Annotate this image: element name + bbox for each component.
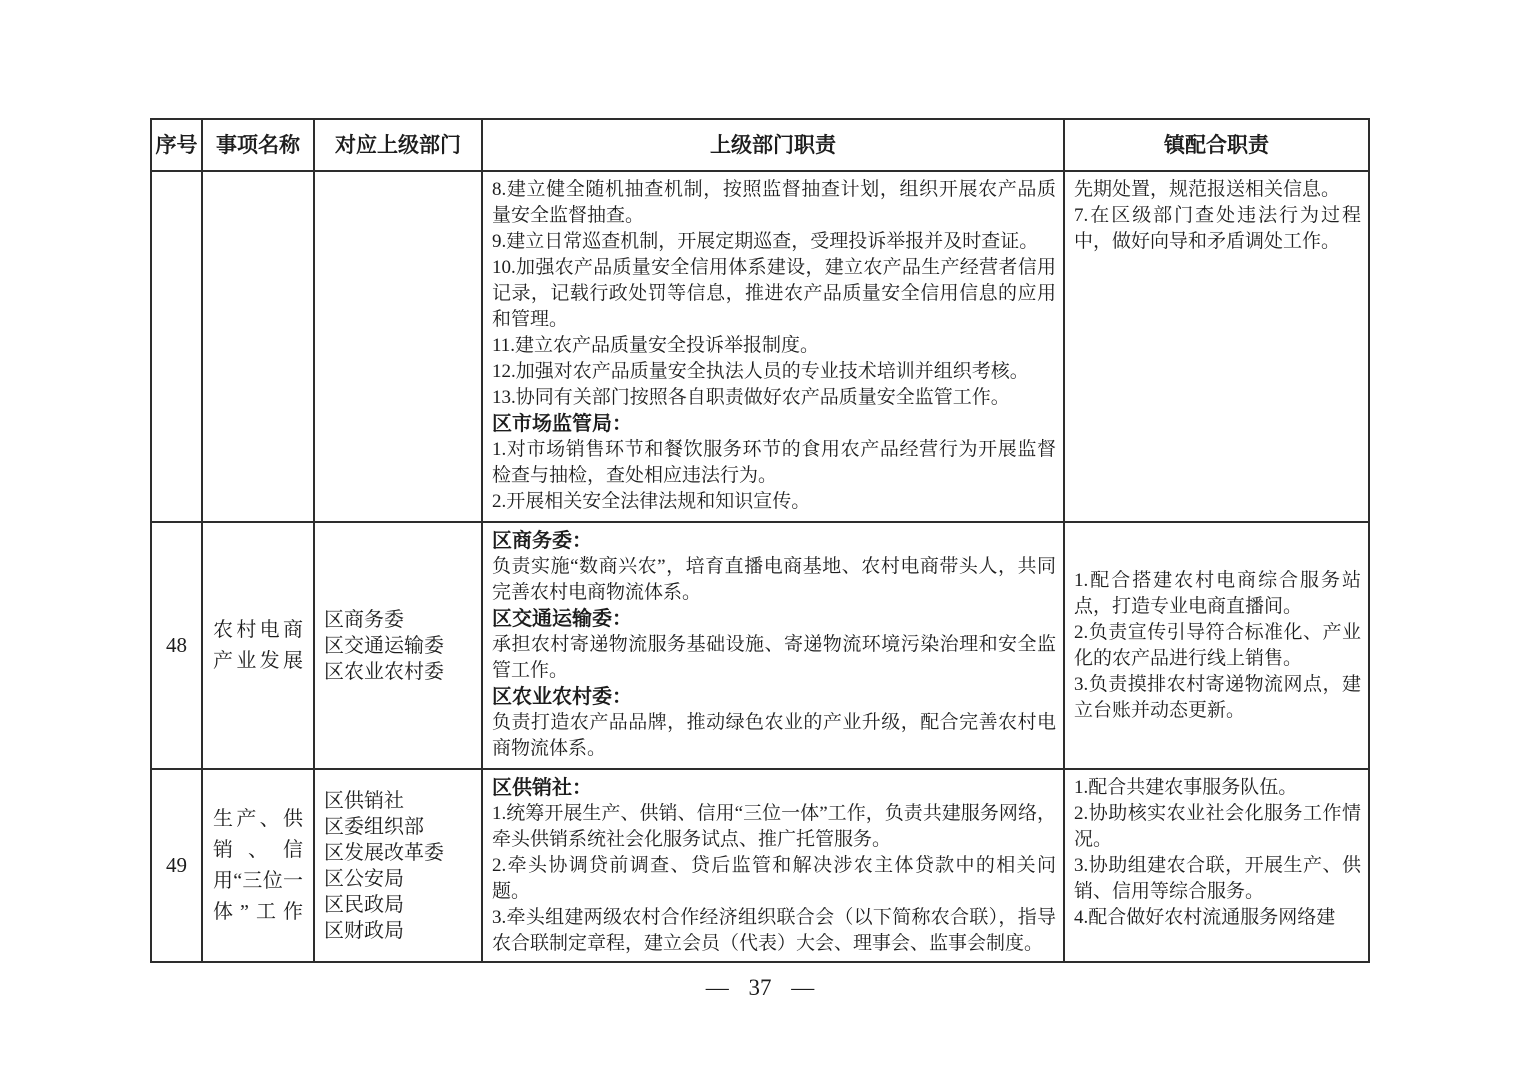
duty-paragraph: 2.协助核实农业社会化服务工作情况。 [1074, 801, 1361, 853]
department-line: 区财政局 [324, 918, 475, 944]
header-superior-department: 对应上级部门 [314, 119, 482, 171]
table-row: 49生产、供销、信用“三位一体”工作区供销社区委组织部区发展改革委区公安局区民政… [151, 769, 1369, 962]
duty-paragraph: 11.建立农产品质量安全投诉举报制度。 [492, 333, 1056, 359]
duty-paragraph: 7.在区级部门查处违法行为过程中，做好向导和矛盾调处工作。 [1074, 203, 1361, 255]
duty-paragraph: 1.配合搭建农村电商综合服务站点，打造专业电商直播间。 [1074, 568, 1361, 620]
town-duties-cell: 1.配合共建农事服务队伍。2.协助核实农业社会化服务工作情况。3.协助组建农合联… [1064, 769, 1369, 962]
header-superior-duties: 上级部门职责 [482, 119, 1064, 171]
duty-paragraph: 2.负责宣传引导符合标准化、产业化的农产品进行线上销售。 [1074, 620, 1361, 672]
departments-cell: 区商务委区交通运输委区农业农村委 [314, 522, 482, 769]
duty-department-heading: 区农业农村委： [492, 684, 1056, 710]
item-name-cell: 农村电商产业发展 [202, 522, 314, 769]
department-line: 区民政局 [324, 892, 475, 918]
seq-cell: 48 [151, 522, 202, 769]
duty-paragraph: 1.配合共建农事服务队伍。 [1074, 775, 1361, 801]
seq-cell: 49 [151, 769, 202, 962]
duty-department-heading: 区市场监管局： [492, 411, 1056, 437]
town-duties-cell: 1.配合搭建农村电商综合服务站点，打造专业电商直播间。2.负责宣传引导符合标准化… [1064, 522, 1369, 769]
duty-paragraph: 2.开展相关安全法律法规和知识宣传。 [492, 489, 1056, 515]
responsibilities-table: 序号 事项名称 对应上级部门 上级部门职责 镇配合职责 8.建立健全随机抽查机制… [150, 118, 1370, 963]
department-line: 区农业农村委 [324, 659, 475, 685]
duty-paragraph: 3.协助组建农合联，开展生产、供销、信用等综合服务。 [1074, 853, 1361, 905]
duty-paragraph: 1.对市场销售环节和餐饮服务环节的食用农产品经营行为开展监督检查与抽检，查处相应… [492, 437, 1056, 489]
header-item-name: 事项名称 [202, 119, 314, 171]
item-name-cell: 生产、供销、信用“三位一体”工作 [202, 769, 314, 962]
departments-cell [314, 171, 482, 522]
superior-duties-cell: 8.建立健全随机抽查机制，按照监督抽查计划，组织开展农产品质量安全监督抽查。9.… [482, 171, 1064, 522]
item-name-cell [202, 171, 314, 522]
department-line: 区委组织部 [324, 814, 475, 840]
duty-paragraph: 9.建立日常巡查机制，开展定期巡查，受理投诉举报并及时查证。 [492, 229, 1056, 255]
duty-paragraph: 1.统筹开展生产、供销、信用“三位一体”工作，负责共建服务网络，牵头供销系统社会… [492, 801, 1056, 853]
duty-paragraph: 4.配合做好农村流通服务网络建 [1074, 905, 1361, 931]
department-line: 区供销社 [324, 788, 475, 814]
table-row: 8.建立健全随机抽查机制，按照监督抽查计划，组织开展农产品质量安全监督抽查。9.… [151, 171, 1369, 522]
duty-department-heading: 区供销社： [492, 775, 1056, 801]
duty-paragraph: 先期处置，规范报送相关信息。 [1074, 177, 1361, 203]
header-seq: 序号 [151, 119, 202, 171]
duty-department-heading: 区商务委： [492, 528, 1056, 554]
duty-paragraph: 12.加强对农产品质量安全执法人员的专业技术培训并组织考核。 [492, 359, 1056, 385]
duty-paragraph: 3.负责摸排农村寄递物流网点，建立台账并动态更新。 [1074, 672, 1361, 724]
header-town-duties: 镇配合职责 [1064, 119, 1369, 171]
duty-paragraph: 负责实施“数商兴农”，培育直播电商基地、农村电商带头人，共同完善农村电商物流体系… [492, 554, 1056, 606]
duty-paragraph: 8.建立健全随机抽查机制，按照监督抽查计划，组织开展农产品质量安全监督抽查。 [492, 177, 1056, 229]
department-line: 区商务委 [324, 607, 475, 633]
seq-cell [151, 171, 202, 522]
header-row: 序号 事项名称 对应上级部门 上级部门职责 镇配合职责 [151, 119, 1369, 171]
department-line: 区交通运输委 [324, 633, 475, 659]
duty-paragraph: 2.牵头协调贷前调查、贷后监管和解决涉农主体贷款中的相关问题。 [492, 853, 1056, 905]
superior-duties-cell: 区供销社：1.统筹开展生产、供销、信用“三位一体”工作，负责共建服务网络，牵头供… [482, 769, 1064, 962]
superior-duties-cell: 区商务委：负责实施“数商兴农”，培育直播电商基地、农村电商带头人，共同完善农村电… [482, 522, 1064, 769]
duty-paragraph: 负责打造农产品品牌，推动绿色农业的产业升级，配合完善农村电商物流体系。 [492, 710, 1056, 762]
duty-paragraph: 13.协同有关部门按照各自职责做好农产品质量安全监管工作。 [492, 385, 1056, 411]
department-line: 区公安局 [324, 866, 475, 892]
departments-cell: 区供销社区委组织部区发展改革委区公安局区民政局区财政局 [314, 769, 482, 962]
table-row: 48农村电商产业发展区商务委区交通运输委区农业农村委区商务委：负责实施“数商兴农… [151, 522, 1369, 769]
duty-paragraph: 承担农村寄递物流服务基础设施、寄递物流环境污染治理和安全监管工作。 [492, 632, 1056, 684]
page-number: — 37 — [0, 975, 1520, 1001]
duty-paragraph: 10.加强农产品质量安全信用体系建设，建立农产品生产经营者信用记录，记载行政处罚… [492, 255, 1056, 333]
town-duties-cell: 先期处置，规范报送相关信息。7.在区级部门查处违法行为过程中，做好向导和矛盾调处… [1064, 171, 1369, 522]
table-body: 8.建立健全随机抽查机制，按照监督抽查计划，组织开展农产品质量安全监督抽查。9.… [151, 171, 1369, 962]
document-page: 序号 事项名称 对应上级部门 上级部门职责 镇配合职责 8.建立健全随机抽查机制… [0, 0, 1520, 1074]
department-line: 区发展改革委 [324, 840, 475, 866]
duty-department-heading: 区交通运输委： [492, 606, 1056, 632]
duty-paragraph: 3.牵头组建两级农村合作经济组织联合会（以下简称农合联），指导农合联制定章程，建… [492, 905, 1056, 957]
